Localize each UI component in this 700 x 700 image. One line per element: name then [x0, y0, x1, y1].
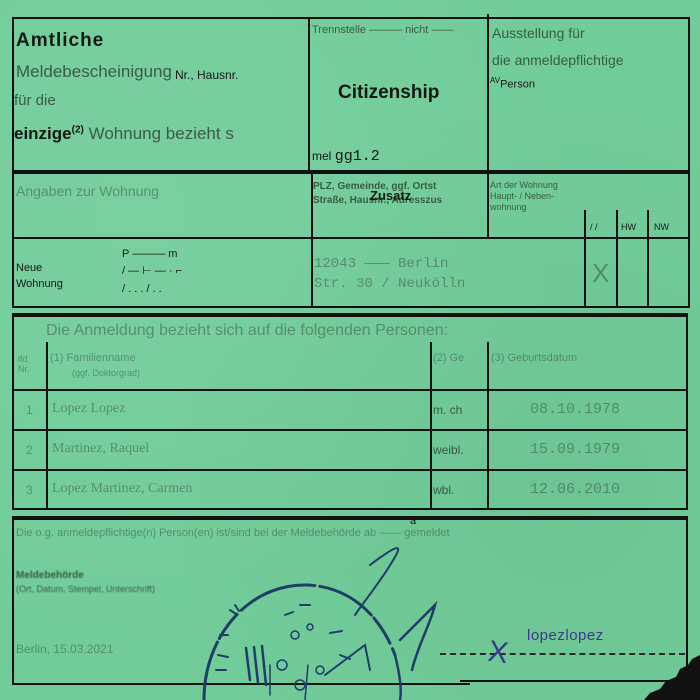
header-right-line3-prefix: AV	[490, 76, 500, 85]
footer-left-border	[12, 516, 14, 684]
address-col-header-nw: NW	[654, 222, 669, 232]
persons-header-divider	[12, 389, 688, 391]
person-3-number: 3	[26, 483, 33, 497]
column-header-number: lfd. Nr.	[18, 354, 42, 374]
header-left-line1: Amtliche	[16, 30, 104, 52]
header-divider-1	[308, 17, 310, 174]
new-address-label-1: Neue	[16, 262, 42, 274]
persons-row-divider-2	[12, 469, 688, 471]
header-right-line3: AVPerson	[490, 76, 535, 91]
footer-right-border	[686, 516, 688, 666]
header-right-line3-text: Person	[500, 79, 535, 91]
address-divider-3	[584, 210, 586, 308]
header-left-line2: Meldebescheinigung	[16, 62, 172, 82]
place-date: Berlin, 15.03.2021	[16, 642, 113, 656]
header-center-top-label: Trennstelle ——— nicht ——	[312, 24, 453, 36]
authority-label: Meldebehörde	[16, 570, 84, 581]
header-center-bottom-label: mel	[312, 149, 331, 163]
person-3-name: Lopez Martinez, Carmen	[52, 481, 192, 497]
header-right-line2: die anmeldepflichtige	[492, 52, 624, 68]
footer-superscript-a: a	[410, 515, 416, 527]
address-row-divider	[12, 237, 690, 239]
persons-row-divider-1	[12, 429, 688, 431]
person-2-birthdate: 15.09.1979	[530, 441, 620, 458]
address-right-label-3: wohnung	[490, 202, 527, 212]
address-middle-overlay: Zusatz	[370, 188, 411, 203]
torn-corner	[640, 655, 700, 700]
address-right-label-2: Haupt- / Neben-	[490, 191, 554, 201]
header-left-line4-text: einzige	[14, 124, 72, 143]
person-2-name: Martinez, Raquel	[52, 441, 149, 457]
header-left-superscript: (2)	[72, 124, 84, 135]
address-divider-2	[487, 174, 489, 238]
column-header-birthdate: (3) Geburtsdatum	[491, 352, 577, 364]
person-1-sex: m. ch	[433, 403, 462, 417]
header-left-line3: für die	[14, 92, 56, 109]
column-header-name-sub: (ggf. Doktorgrad)	[72, 368, 140, 378]
header-left-line2-suffix: Nr., Hausnr.	[175, 68, 238, 82]
main-residence-checkbox[interactable]: X	[592, 258, 609, 289]
person-1-birthdate: 08.10.1978	[530, 401, 620, 418]
header-center-bottom-value: gg1.2	[335, 148, 380, 165]
persons-divider-name	[430, 342, 432, 510]
header-right-line1: Ausstellung für	[492, 25, 585, 41]
person-1-name: Lopez Lopez	[52, 401, 125, 417]
signature-line-left	[420, 683, 470, 685]
document-title: Citizenship	[338, 82, 439, 104]
person-3-birthdate: 12.06.2010	[530, 481, 620, 498]
column-header-name: (1) Familienname	[50, 352, 136, 364]
authority-sub-label: (Ort, Datum, Stempel, Unterschrift)	[16, 584, 155, 594]
person-3-sex: wbl.	[433, 483, 454, 497]
persons-divider-number	[46, 342, 48, 510]
address-col-header-1: / /	[590, 222, 598, 232]
person-2-sex: weibl.	[433, 443, 464, 457]
footer-statement: Die o.g. anmeldepflichtige(n) Person(en)…	[16, 527, 450, 539]
header-left-line4: einzige(2) Wohnung bezieht s	[14, 124, 234, 144]
column-header-sex: (2) Ge	[433, 352, 464, 364]
new-address-sub-2: / — ⊢ — · ⌐	[122, 264, 182, 277]
persons-heading: Die Anmeldung bezieht sich auf die folge…	[46, 322, 448, 340]
official-stamp	[190, 545, 450, 700]
header-center-bottom: mel gg1.2	[312, 148, 380, 165]
new-address-sub-3: / . . . / . .	[122, 283, 162, 295]
address-divider-4	[616, 210, 618, 308]
new-address-value-2: Str. 30 / Neukölln	[314, 276, 465, 292]
person-2-number: 2	[26, 443, 33, 457]
persons-divider-sex	[487, 342, 489, 510]
address-divider-5	[647, 210, 649, 308]
new-address-value-1: 12043 ——— Berlin	[314, 256, 448, 272]
address-left-label: Angaben zur Wohnung	[16, 183, 159, 199]
person-1-number: 1	[26, 403, 33, 417]
new-address-label-2: Wohnung	[16, 278, 63, 290]
footer-top-border	[12, 516, 688, 520]
address-right-label-1: Art der Wohnung	[490, 180, 558, 190]
new-address-sub-1: P ——— m	[122, 248, 177, 260]
signature-name[interactable]: lopezlopez	[527, 627, 604, 644]
address-col-header-hw: HW	[621, 222, 636, 232]
header-left-line4-suffix: Wohnung bezieht s	[89, 124, 234, 143]
header-divider-2	[487, 14, 489, 174]
